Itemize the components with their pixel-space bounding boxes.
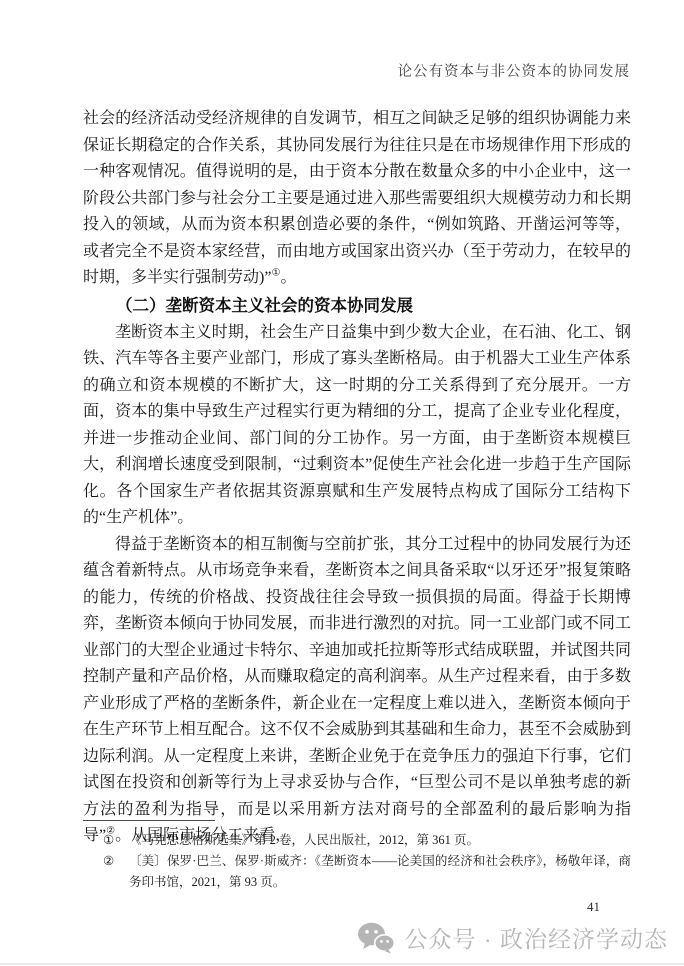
page-number: 41 xyxy=(587,899,600,915)
wechat-icon xyxy=(357,922,395,954)
paragraph-new-features: 得益于垄断资本的相互制衡与空前扩张，其分工过程中的协同发展行为还蕴含着新特点。从… xyxy=(83,532,631,850)
paragraph-continued: 社会的经济活动受经济规律的自发调节，相互之间缺乏足够的组织协调能力来保证长期稳定… xyxy=(83,106,631,292)
section-heading: （二）垄断资本主义社会的资本协同发展 xyxy=(83,292,631,320)
bottom-divider xyxy=(0,963,684,965)
running-head-title: 论公有资本与非公资本的协同发展 xyxy=(398,60,631,81)
paragraph-monopoly-era: 垄断资本主义时期，社会生产日益集中到少数大企业，在石油、化工、钢铁、汽车等各主要… xyxy=(83,320,631,532)
footnote-marker: ② xyxy=(103,851,129,893)
footnote-text: 《马克思恩格斯选集》第 2 卷，人民出版社，2012，第 361 页。 xyxy=(129,830,631,851)
body-content: 社会的经济活动受经济规律的自发调节，相互之间缺乏足够的组织协调能力来保证长期稳定… xyxy=(83,106,631,850)
footnote-marker: ① xyxy=(103,830,129,851)
watermark-label: 公众号 · 政治经济学动态 xyxy=(405,921,668,954)
paragraph-text: 社会的经济活动受经济规律的自发调节，相互之间缺乏足够的组织协调能力来保证长期稳定… xyxy=(83,110,631,286)
watermark: 公众号 · 政治经济学动态 xyxy=(357,921,668,954)
footnote-item: ① 《马克思恩格斯选集》第 2 卷，人民出版社，2012，第 361 页。 xyxy=(83,830,631,851)
footnote-text: 〔美〕保罗·巴兰、保罗·斯威齐：《垄断资本——论美国的经济和社会秩序》，杨敬年译… xyxy=(129,851,631,893)
document-page: 论公有资本与非公资本的协同发展 社会的经济活动受经济规律的自发调节，相互之间缺乏… xyxy=(0,0,684,966)
footnotes-block: ① 《马克思恩格斯选集》第 2 卷，人民出版社，2012，第 361 页。 ② … xyxy=(83,820,631,893)
footnote-item: ② 〔美〕保罗·巴兰、保罗·斯威齐：《垄断资本——论美国的经济和社会秩序》，杨敬… xyxy=(83,851,631,893)
paragraph-tail: 。 xyxy=(280,269,296,286)
paragraph-text: 得益于垄断资本的相互制衡与空前扩张，其分工过程中的协同发展行为还蕴含着新特点。从… xyxy=(83,536,631,845)
footnote-divider xyxy=(83,820,215,821)
